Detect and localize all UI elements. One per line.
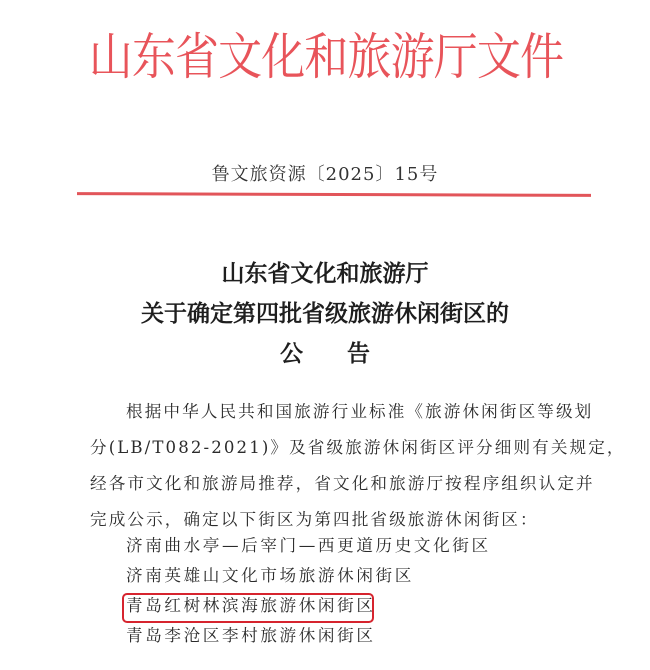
title-line-announcement: 公告 — [0, 334, 650, 374]
body-paragraph: 根据中华人民共和国旅游行业标准《旅游休闲街区等级划 分(LB/T082-2021… — [90, 394, 590, 538]
title-line-issuer: 山东省文化和旅游厅 — [0, 254, 650, 294]
agency-header-title: 山东省文化和旅游厅文件 — [40, 26, 612, 88]
title-char-gong: 公 — [280, 334, 303, 374]
title-char-gao: 告 — [347, 334, 370, 374]
district-item: 济南曲水亭—后宰门—西更道历史文化街区 — [126, 531, 491, 561]
district-item: 青岛李沧区李村旅游休闲街区 — [126, 621, 491, 651]
title-line-subject: 关于确定第四批省级旅游休闲街区的 — [0, 294, 650, 334]
body-line: 分(LB/T082-2021)》及省级旅游休闲街区评分细则有关规定， — [90, 430, 590, 466]
body-line: 根据中华人民共和国旅游行业标准《旅游休闲街区等级划 — [90, 394, 590, 430]
district-list: 济南曲水亭—后宰门—西更道历史文化街区 济南英雄山文化市场旅游休闲街区 青岛红树… — [126, 531, 491, 651]
district-item: 济南英雄山文化市场旅游休闲街区 — [126, 561, 491, 591]
announcement-title: 山东省文化和旅游厅 关于确定第四批省级旅游休闲街区的 公告 — [0, 254, 650, 374]
district-item-highlighted: 青岛红树林滨海旅游休闲街区 — [126, 591, 491, 621]
body-line: 经各市文化和旅游局推荐，省文化和旅游厅按程序组织认定并 — [90, 466, 590, 502]
document-number: 鲁文旅资源〔2025〕15号 — [0, 163, 650, 187]
red-divider-line — [77, 192, 591, 197]
